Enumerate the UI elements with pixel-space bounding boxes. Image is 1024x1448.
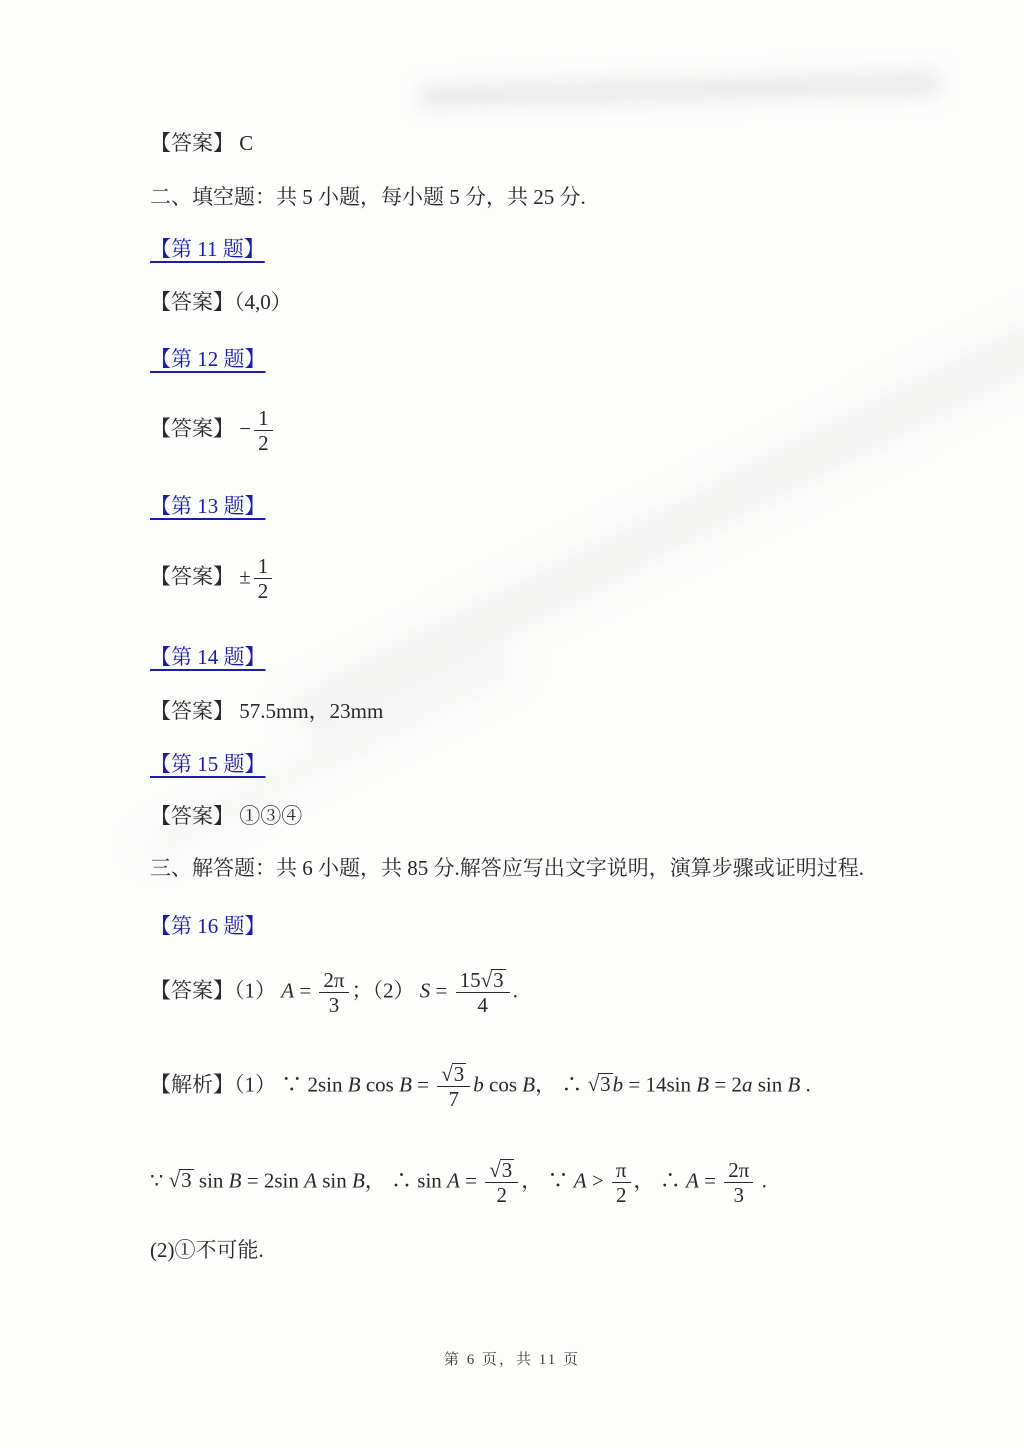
fraction-numerator: √3	[437, 1062, 470, 1086]
question-11-link[interactable]: 【第 11 题】	[150, 237, 265, 261]
fraction-denominator: 3	[325, 993, 344, 1017]
because-symbol: ∵	[150, 1168, 169, 1192]
answer-label: 【答案】	[150, 416, 234, 440]
coefficient: 15	[460, 968, 481, 992]
question-13-link[interactable]: 【第 13 题】	[150, 494, 266, 518]
because-symbol: ∵	[542, 1168, 574, 1192]
answer-label: 【答案】	[150, 290, 234, 314]
fraction: 12	[254, 554, 273, 603]
therefore-symbol: ∴	[655, 1168, 687, 1192]
question-16-row: 【第 16 题】	[150, 913, 266, 940]
equals-sign: =	[699, 1168, 721, 1192]
question-15-row: 【第 15 题】	[150, 751, 266, 778]
var-B: B	[522, 1072, 535, 1096]
answer-label: 【答案】	[150, 699, 234, 723]
fraction-denominator: 3	[730, 1183, 749, 1207]
answer-label: 【答案】	[150, 131, 234, 155]
term: = 2	[709, 1072, 742, 1096]
fraction: √32	[485, 1158, 518, 1207]
term: = 14sin	[623, 1072, 696, 1096]
equals-sign: =	[294, 978, 316, 1002]
period: .	[756, 1168, 767, 1192]
term: cos	[484, 1072, 523, 1096]
term: = 2sin	[242, 1168, 305, 1192]
fraction-denominator: 2	[612, 1183, 631, 1207]
equals-sign: =	[460, 1168, 482, 1192]
fraction-denominator: 2	[492, 1183, 511, 1207]
var-A: A	[281, 978, 294, 1002]
question-12-row: 【第 12 题】	[150, 346, 266, 373]
var-B: B	[399, 1072, 412, 1096]
sqrt-radical: √3	[489, 1158, 514, 1182]
fraction-numerator: 1	[254, 554, 273, 578]
sqrt-radical: √3	[169, 1167, 194, 1194]
var-S: S	[420, 978, 431, 1002]
var-B: B	[348, 1072, 361, 1096]
term: sin	[417, 1168, 447, 1192]
var-B: B	[229, 1168, 242, 1192]
term: 2sin	[308, 1072, 348, 1096]
page-footer: 第 6 页，共 11 页	[0, 1348, 1024, 1369]
therefore-symbol: ∴	[556, 1072, 588, 1096]
sqrt-radical: √3	[481, 968, 506, 992]
var-B: B	[787, 1072, 800, 1096]
answer-label: 【答案】	[150, 804, 234, 828]
question-15-link[interactable]: 【第 15 题】	[150, 752, 266, 776]
var-B: B	[352, 1168, 365, 1192]
fraction-denominator: 7	[445, 1087, 464, 1111]
section-heading-solutions: 三、解答题：共 6 小题，共 85 分.解答应写出文字说明，演算步骤或证明过程.	[150, 855, 864, 882]
because-symbol: ∵	[276, 1072, 308, 1096]
answer-value: 57.5mm，23mm	[234, 699, 383, 723]
period: .	[800, 1072, 811, 1096]
var-B: B	[696, 1072, 709, 1096]
radicand: 3	[179, 1169, 194, 1191]
fraction-denominator: 2	[254, 431, 273, 455]
var-A: A	[574, 1168, 587, 1192]
equals-sign: =	[430, 978, 452, 1002]
fraction-numerator: √3	[485, 1158, 518, 1182]
term: cos	[361, 1072, 400, 1096]
var-a: a	[742, 1072, 753, 1096]
var-b: b	[613, 1072, 624, 1096]
fraction: 2π3	[724, 1158, 753, 1207]
part-1-marker: （1）	[234, 1072, 276, 1096]
radicand: 3	[452, 1063, 467, 1085]
analysis-line-1: 【解析】（1） ∵ 2sin B cos B = √37b cos B， ∴ √…	[150, 1062, 811, 1111]
fraction: π2	[612, 1158, 631, 1207]
document-page: 【答案】 C 二、填空题：共 5 小题，每小题 5 分，共 25 分. 【第 1…	[0, 0, 1024, 1448]
analysis-line-3: (2)①不可能.	[150, 1237, 264, 1264]
scan-artifact	[420, 71, 940, 109]
scan-artifact	[286, 307, 1024, 740]
fraction-denominator: 2	[254, 579, 273, 603]
answer-value: C	[234, 131, 253, 155]
period: .	[513, 978, 518, 1002]
plus-minus-sign: ±	[234, 564, 251, 588]
fraction-denominator: 4	[473, 993, 492, 1017]
radicand: 3	[598, 1073, 613, 1095]
var-b: b	[473, 1072, 484, 1096]
answer-line-q16: 【答案】（1） A = 2π3；（2） S = 15√34.	[150, 968, 518, 1017]
term: sin	[317, 1168, 352, 1192]
answer-line-q13: 【答案】 ±12	[150, 554, 275, 603]
answer-line-q15: 【答案】 ①③④	[150, 803, 302, 830]
analysis-label: 【解析】	[150, 1072, 234, 1096]
answer-line-q12: 【答案】 −12	[150, 406, 276, 455]
term: sin	[194, 1168, 229, 1192]
term: sin	[752, 1072, 787, 1096]
radicand: 3	[500, 1159, 515, 1181]
var-A: A	[686, 1168, 699, 1192]
radicand: 3	[491, 969, 506, 991]
question-11-row: 【第 11 题】	[150, 236, 265, 263]
answer-label: 【答案】	[150, 564, 234, 588]
therefore-symbol: ∴	[386, 1168, 418, 1192]
fraction-numerator: 15√3	[456, 968, 510, 992]
sqrt-radical: √3	[588, 1071, 613, 1098]
var-A: A	[304, 1168, 317, 1192]
sqrt-radical: √3	[441, 1062, 466, 1086]
part-1-marker: （1）	[234, 978, 281, 1002]
greater-than-sign: >	[587, 1168, 609, 1192]
fraction-numerator: 1	[254, 406, 273, 430]
comma: ，	[634, 1168, 655, 1192]
question-16-link[interactable]: 【第 16 题】	[150, 914, 266, 938]
fraction: √37	[437, 1062, 470, 1111]
answer-line-q10: 【答案】 C	[150, 130, 253, 157]
question-14-link[interactable]: 【第 14 题】	[150, 645, 266, 669]
fraction: 15√34	[456, 968, 510, 1017]
question-12-link[interactable]: 【第 12 题】	[150, 347, 266, 371]
question-14-row: 【第 14 题】	[150, 644, 266, 671]
analysis-line-2: ∵ √3 sin B = 2sin A sin B， ∴ sin A = √32…	[150, 1158, 767, 1207]
question-13-row: 【第 13 题】	[150, 493, 266, 520]
var-A: A	[447, 1168, 460, 1192]
part-2-marker: ；（2）	[352, 978, 420, 1002]
answer-value: （4,0）	[234, 290, 292, 314]
comma: ，	[521, 1168, 542, 1192]
fraction: 2π3	[319, 968, 348, 1017]
fraction-numerator: 2π	[319, 968, 348, 992]
equals-sign: =	[412, 1072, 434, 1096]
fraction-numerator: π	[612, 1158, 631, 1182]
fraction: 12	[254, 406, 273, 455]
comma: ，	[535, 1072, 556, 1096]
answer-line-q14: 【答案】 57.5mm，23mm	[150, 698, 383, 725]
answer-line-q11: 【答案】（4,0）	[150, 289, 292, 316]
section-heading-fill-in: 二、填空题：共 5 小题，每小题 5 分，共 25 分.	[150, 184, 586, 211]
answer-label: 【答案】	[150, 978, 234, 1002]
comma: ，	[365, 1168, 386, 1192]
fraction-numerator: 2π	[724, 1158, 753, 1182]
minus-sign: −	[234, 416, 251, 440]
answer-value: ①③④	[234, 804, 302, 828]
